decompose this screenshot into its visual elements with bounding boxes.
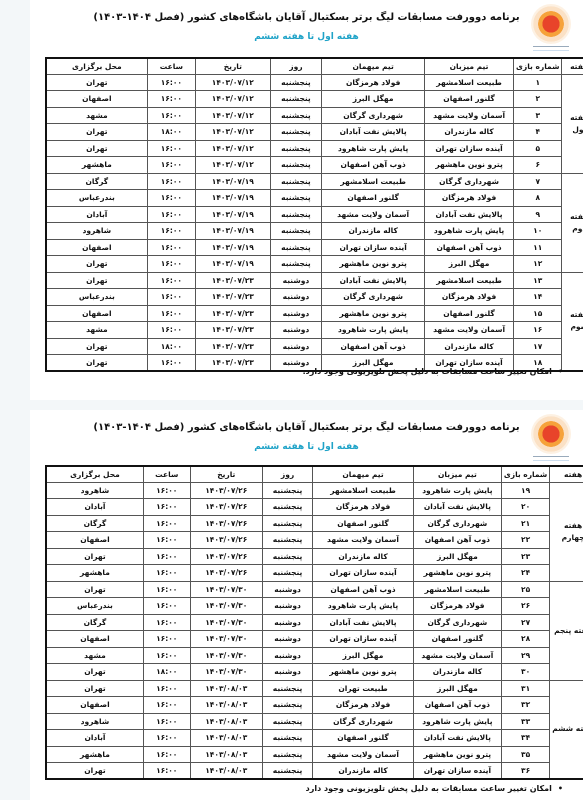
match-number: ۱۹	[501, 482, 549, 499]
table-row: ۲۹آسمان ولایت مشهدمهگل البرزدوشنبه۱۴۰۳/۰…	[46, 647, 583, 664]
match-venue: تهران	[46, 581, 143, 598]
host-team: طبیعت اسلامشهر	[425, 74, 514, 91]
guest-team: پایش پارت شاهرود	[313, 598, 414, 615]
match-day: پنجشنبه	[270, 124, 322, 141]
header-date: تاریخ	[196, 58, 271, 74]
match-time: ۱۶:۰۰	[143, 548, 190, 565]
match-number: ۲۸	[501, 631, 549, 648]
host-team: طبیعت اسلامشهر	[425, 272, 514, 289]
match-venue: گرگان	[46, 515, 143, 532]
table-row: ۲گلنور اصفهانمهگل البرزپنجشنبه۱۴۰۳/۰۷/۱۲…	[46, 91, 583, 108]
match-number: ۱۰	[514, 223, 562, 240]
table-row: ۳۵پترو نوین ماهشهرآسمان ولایت مشهدپنجشنب…	[46, 746, 583, 763]
table-row: ۳۶آینده سازان تهرانکاله مازندرانپنجشنبه۱…	[46, 763, 583, 780]
match-time: ۱۶:۰۰	[143, 647, 190, 664]
host-team: کاله مازندران	[413, 664, 501, 681]
match-day: پنجشنبه	[263, 697, 313, 714]
host-team: پایش پارت شاهرود	[425, 223, 514, 240]
match-number: ۵	[514, 140, 562, 157]
guest-team: شهرداری گرگان	[322, 289, 425, 306]
match-date: ۱۴۰۳/۰۷/۱۲	[196, 74, 271, 91]
guest-team: پترو نوین ماهشهر	[313, 664, 414, 681]
table-row: ۹پالایش نفت آبادانآسمان ولایت مشهدپنجشنب…	[46, 206, 583, 223]
logo-caption	[533, 456, 569, 461]
match-time: ۱۸:۰۰	[143, 664, 190, 681]
match-date: ۱۴۰۳/۰۷/۱۲	[196, 157, 271, 174]
match-time: ۱۶:۰۰	[147, 173, 195, 190]
match-venue: بندرعباس	[46, 289, 147, 306]
header-match-no: شماره بازی	[514, 58, 562, 74]
match-venue: اصفهان	[46, 239, 147, 256]
host-team: مهگل البرز	[413, 680, 501, 697]
guest-team: کاله مازندران	[313, 763, 414, 780]
match-day: دوشنبه	[263, 598, 313, 615]
match-date: ۱۴۰۳/۰۷/۱۲	[196, 107, 271, 124]
host-team: مهگل البرز	[425, 256, 514, 273]
week-label-line-2: دوم	[572, 224, 583, 233]
match-day: دوشنبه	[263, 664, 313, 681]
host-team: گلنور اصفهان	[425, 91, 514, 108]
host-team: پترو نوین ماهشهر	[425, 157, 514, 174]
table-row: ۳آسمان ولایت مشهدشهرداری گرگانپنجشنبه۱۴۰…	[46, 107, 583, 124]
match-number: ۱	[514, 74, 562, 91]
match-day: دوشنبه	[270, 338, 322, 355]
match-day: دوشنبه	[270, 272, 322, 289]
match-time: ۱۶:۰۰	[143, 746, 190, 763]
match-day: پنجشنبه	[263, 515, 313, 532]
header-guest: تیم میهمان	[322, 58, 425, 74]
match-day: دوشنبه	[270, 322, 322, 339]
host-team: کاله مازندران	[425, 338, 514, 355]
match-venue: اصفهان	[46, 91, 147, 108]
header-week: هفته	[550, 466, 583, 482]
match-day: پنجشنبه	[263, 482, 313, 499]
match-date: ۱۴۰۳/۰۸/۰۳	[190, 713, 262, 730]
match-time: ۱۶:۰۰	[147, 190, 195, 207]
match-venue: تهران	[46, 338, 147, 355]
match-day: پنجشنبه	[270, 256, 322, 273]
guest-team: کاله مازندران	[313, 548, 414, 565]
table-row: ۲۰پالایش نفت آبادانفولاد هرمزگانپنجشنبه۱…	[46, 499, 583, 516]
guest-team: ذوب آهن اصفهان	[313, 581, 414, 598]
match-time: ۱۶:۰۰	[147, 157, 195, 174]
match-venue: شاهرود	[46, 223, 147, 240]
table-row: ۱۴فولاد هرمزگانشهرداری گرگاندوشنبه۱۴۰۳/۰…	[46, 289, 583, 306]
match-number: ۲۰	[501, 499, 549, 516]
match-time: ۱۶:۰۰	[147, 289, 195, 306]
match-time: ۱۶:۰۰	[143, 581, 190, 598]
host-team: شهرداری گرگان	[413, 614, 501, 631]
guest-team: طبیعت اسلامشهر	[322, 173, 425, 190]
match-time: ۱۶:۰۰	[143, 631, 190, 648]
guest-team: آسمان ولایت مشهد	[313, 746, 414, 763]
week-label-line-1: هفته	[570, 113, 583, 122]
match-number: ۳۲	[501, 697, 549, 714]
match-time: ۱۶:۰۰	[143, 697, 190, 714]
table-row: هفته ششم۳۱مهگل البرزطبیعت تهرانپنجشنبه۱۴…	[46, 680, 583, 697]
match-venue: گرگان	[46, 614, 143, 631]
match-date: ۱۴۰۳/۰۷/۲۶	[190, 532, 262, 549]
table-row: ۲۱شهرداری گرگانگلنور اصفهانپنجشنبه۱۴۰۳/۰…	[46, 515, 583, 532]
week-label-line-1: هفته	[564, 521, 582, 530]
match-date: ۱۴۰۳/۰۷/۳۰	[190, 631, 262, 648]
guest-team: آسمان ولایت مشهد	[322, 206, 425, 223]
page-subtitle: هفته اول تا هفته ششم	[90, 442, 523, 452]
week-label: هفتهسوم	[562, 272, 583, 371]
table-row: ۳۰کاله مازندرانپترو نوین ماهشهردوشنبه۱۴۰…	[46, 664, 583, 681]
match-venue: شاهرود	[46, 713, 143, 730]
header-time: ساعت	[143, 466, 190, 482]
match-venue: تهران	[46, 763, 143, 780]
tv-broadcast-note: •امکان تغییر ساعت مسابقات به دلیل پخش تل…	[303, 367, 563, 376]
match-day: پنجشنبه	[263, 565, 313, 582]
host-team: آینده سازان تهران	[425, 140, 514, 157]
match-date: ۱۴۰۳/۰۷/۲۶	[190, 482, 262, 499]
table-row: ۱۲مهگل البرزپترو نوین ماهشهرپنجشنبه۱۴۰۳/…	[46, 256, 583, 273]
table-row: ۱۶آسمان ولایت مشهدپایش پارت شاهروددوشنبه…	[46, 322, 583, 339]
guest-team: آسمان ولایت مشهد	[313, 532, 414, 549]
guest-team: فولاد هرمزگان	[322, 74, 425, 91]
bullet-icon: •	[558, 367, 563, 376]
match-number: ۱۲	[514, 256, 562, 273]
table-row: ۳۳پایش پارت شاهرودشهرداری گرگانپنجشنبه۱۴…	[46, 713, 583, 730]
match-day: پنجشنبه	[263, 680, 313, 697]
match-number: ۳۱	[501, 680, 549, 697]
table-row: ۲۶فولاد هرمزگانپایش پارت شاهروددوشنبه۱۴۰…	[46, 598, 583, 615]
table-row: ۴کاله مازندرانپالایش نفت آبادانپنجشنبه۱۴…	[46, 124, 583, 141]
match-venue: ماهشهر	[46, 157, 147, 174]
match-date: ۱۴۰۳/۰۷/۲۶	[190, 515, 262, 532]
logo-caption	[533, 46, 569, 51]
match-date: ۱۴۰۳/۰۸/۰۳	[190, 763, 262, 780]
match-day: پنجشنبه	[263, 713, 313, 730]
guest-team: پایش پارت شاهرود	[322, 140, 425, 157]
match-day: دوشنبه	[263, 581, 313, 598]
host-team: پایش پارت شاهرود	[413, 713, 501, 730]
match-time: ۱۶:۰۰	[143, 482, 190, 499]
host-team: طبیعت اسلامشهر	[413, 581, 501, 598]
header-day: روز	[263, 466, 313, 482]
host-team: پایش پارت شاهرود	[413, 482, 501, 499]
header-time: ساعت	[147, 58, 195, 74]
match-date: ۱۴۰۳/۰۷/۱۲	[196, 124, 271, 141]
guest-team: پترو نوین ماهشهر	[322, 305, 425, 322]
match-number: ۶	[514, 157, 562, 174]
week-label: هفتهاول	[562, 74, 583, 173]
tv-broadcast-note: •امکان تغییر ساعت مسابقات به دلیل پخش تل…	[306, 784, 563, 793]
match-venue: تهران	[46, 272, 147, 289]
match-venue: آبادان	[46, 499, 143, 516]
match-date: ۱۴۰۳/۰۷/۱۹	[196, 223, 271, 240]
match-date: ۱۴۰۳/۰۷/۲۶	[190, 565, 262, 582]
table-row: ۱۰پایش پارت شاهرودکاله مازندرانپنجشنبه۱۴…	[46, 223, 583, 240]
match-venue: تهران	[46, 680, 143, 697]
match-date: ۱۴۰۳/۰۷/۲۳	[196, 355, 271, 372]
guest-team: مهگل البرز	[322, 91, 425, 108]
match-venue: بندرعباس	[46, 598, 143, 615]
match-date: ۱۴۰۳/۰۷/۱۹	[196, 206, 271, 223]
match-number: ۲۷	[501, 614, 549, 631]
match-date: ۱۴۰۳/۰۷/۲۳	[196, 338, 271, 355]
table-row: ۲۳مهگل البرزکاله مازندرانپنجشنبه۱۴۰۳/۰۷/…	[46, 548, 583, 565]
match-day: پنجشنبه	[270, 223, 322, 240]
match-day: پنجشنبه	[270, 190, 322, 207]
match-date: ۱۴۰۳/۰۷/۲۶	[190, 548, 262, 565]
host-team: آسمان ولایت مشهد	[425, 107, 514, 124]
match-number: ۲۳	[501, 548, 549, 565]
match-venue: تهران	[46, 124, 147, 141]
match-time: ۱۶:۰۰	[143, 499, 190, 516]
page-title: برنامه دوورفت مسابقات لیگ برتر بسکتبال آ…	[90, 422, 523, 433]
match-venue: تهران	[46, 256, 147, 273]
match-time: ۱۶:۰۰	[147, 256, 195, 273]
week-label: هفته ششم	[550, 680, 583, 779]
match-day: پنجشنبه	[270, 206, 322, 223]
host-team: گلنور اصفهان	[425, 305, 514, 322]
match-number: ۱۴	[514, 289, 562, 306]
match-number: ۲۴	[501, 565, 549, 582]
match-time: ۱۶:۰۰	[143, 713, 190, 730]
note-text: امکان تغییر ساعت مسابقات به دلیل پخش تلو…	[306, 784, 552, 793]
match-number: ۲۹	[501, 647, 549, 664]
guest-team: شهرداری گرگان	[322, 107, 425, 124]
match-day: دوشنبه	[270, 289, 322, 306]
match-venue: تهران	[46, 664, 143, 681]
match-date: ۱۴۰۳/۰۷/۲۳	[196, 322, 271, 339]
host-team: ذوب آهن اصفهان	[425, 239, 514, 256]
host-team: کاله مازندران	[425, 124, 514, 141]
match-number: ۳۵	[501, 746, 549, 763]
guest-team: گلنور اصفهان	[322, 190, 425, 207]
match-date: ۱۴۰۳/۰۷/۲۶	[190, 499, 262, 516]
match-day: پنجشنبه	[270, 107, 322, 124]
week-label-line-1: هفته پنجم	[554, 626, 583, 635]
match-number: ۱۵	[514, 305, 562, 322]
match-day: دوشنبه	[263, 647, 313, 664]
header-host: تیم میزبان	[425, 58, 514, 74]
table-row: ۶پترو نوین ماهشهرذوب آهن اصفهانپنجشنبه۱۴…	[46, 157, 583, 174]
match-date: ۱۴۰۳/۰۷/۲۳	[196, 305, 271, 322]
guest-team: آینده سازان تهران	[322, 239, 425, 256]
guest-team: ذوب آهن اصفهان	[322, 338, 425, 355]
match-number: ۲۶	[501, 598, 549, 615]
match-day: پنجشنبه	[270, 173, 322, 190]
table-row: ۸فولاد هرمزگانگلنور اصفهانپنجشنبه۱۴۰۳/۰۷…	[46, 190, 583, 207]
week-label-line-1: هفته ششم	[552, 724, 583, 733]
host-team: گلنور اصفهان	[413, 631, 501, 648]
match-day: پنجشنبه	[270, 91, 322, 108]
schedule-table: هفته شماره بازی تیم میزبان تیم میهمان رو…	[45, 57, 583, 372]
match-day: پنجشنبه	[270, 239, 322, 256]
week-label-line-1: هفته	[570, 212, 583, 221]
schedule-page-1: برنامه دوورفت مسابقات لیگ برتر بسکتبال آ…	[30, 0, 583, 400]
match-day: پنجشنبه	[263, 532, 313, 549]
match-day: دوشنبه	[263, 614, 313, 631]
match-number: ۲۲	[501, 532, 549, 549]
week-label-line-2: اول	[572, 125, 583, 134]
header-match-no: شماره بازی	[501, 466, 549, 482]
table-row: ۳۲ذوب آهن اصفهانفولاد هرمزگانپنجشنبه۱۴۰۳…	[46, 697, 583, 714]
host-team: پترو نوین ماهشهر	[413, 746, 501, 763]
match-time: ۱۶:۰۰	[147, 272, 195, 289]
header-day: روز	[270, 58, 322, 74]
match-time: ۱۶:۰۰	[143, 614, 190, 631]
guest-team: پالایش نفت آبادان	[322, 272, 425, 289]
host-team: پالایش نفت آبادان	[413, 499, 501, 516]
match-number: ۸	[514, 190, 562, 207]
match-venue: اصفهان	[46, 631, 143, 648]
match-venue: مشهد	[46, 322, 147, 339]
host-team: پالایش نفت آبادان	[425, 206, 514, 223]
match-number: ۲	[514, 91, 562, 108]
match-venue: مشهد	[46, 647, 143, 664]
table-header-row: هفته شماره بازی تیم میزبان تیم میهمان رو…	[46, 466, 583, 482]
table-row: ۲۷شهرداری گرگانپالایش نفت آباداندوشنبه۱۴…	[46, 614, 583, 631]
match-time: ۱۶:۰۰	[143, 730, 190, 747]
schedule-table: هفته شماره بازی تیم میزبان تیم میهمان رو…	[45, 465, 583, 780]
match-number: ۳۳	[501, 713, 549, 730]
header-guest: تیم میهمان	[313, 466, 414, 482]
table-row: ۱۷کاله مازندرانذوب آهن اصفهاندوشنبه۱۴۰۳/…	[46, 338, 583, 355]
guest-team: پترو نوین ماهشهر	[322, 256, 425, 273]
match-day: پنجشنبه	[263, 499, 313, 516]
host-team: شهرداری گرگان	[425, 173, 514, 190]
match-time: ۱۸:۰۰	[147, 338, 195, 355]
match-venue: ماهشهر	[46, 746, 143, 763]
match-date: ۱۴۰۳/۰۸/۰۳	[190, 730, 262, 747]
host-team: آسمان ولایت مشهد	[425, 322, 514, 339]
match-time: ۱۶:۰۰	[143, 763, 190, 780]
table-row: ۵آینده سازان تهرانپایش پارت شاهرودپنجشنب…	[46, 140, 583, 157]
host-team: شهرداری گرگان	[413, 515, 501, 532]
page-subtitle: هفته اول تا هفته ششم	[90, 32, 523, 42]
match-time: ۱۶:۰۰	[147, 305, 195, 322]
match-venue: اصفهان	[46, 305, 147, 322]
match-time: ۱۶:۰۰	[143, 532, 190, 549]
table-row: هفتهسوم۱۳طبیعت اسلامشهرپالایش نفت آبادان…	[46, 272, 583, 289]
header-venue: محل برگزاری	[46, 58, 147, 74]
table-row: هفته پنجم۲۵طبیعت اسلامشهرذوب آهن اصفهاند…	[46, 581, 583, 598]
guest-team: کاله مازندران	[322, 223, 425, 240]
guest-team: شهرداری گرگان	[313, 713, 414, 730]
match-number: ۲۵	[501, 581, 549, 598]
page-title: برنامه دوورفت مسابقات لیگ برتر بسکتبال آ…	[90, 12, 523, 23]
match-number: ۴	[514, 124, 562, 141]
match-number: ۷	[514, 173, 562, 190]
match-date: ۱۴۰۳/۰۷/۳۰	[190, 664, 262, 681]
logo-emblem-icon	[531, 4, 571, 44]
guest-team: آینده سازان تهران	[313, 631, 414, 648]
match-time: ۱۸:۰۰	[147, 124, 195, 141]
host-team: ذوب آهن اصفهان	[413, 697, 501, 714]
guest-team: مهگل البرز	[313, 647, 414, 664]
match-time: ۱۶:۰۰	[143, 680, 190, 697]
guest-team: پالایش نفت آبادان	[313, 614, 414, 631]
host-team: ذوب آهن اصفهان	[413, 532, 501, 549]
match-venue: تهران	[46, 355, 147, 372]
match-date: ۱۴۰۳/۰۷/۲۳	[196, 289, 271, 306]
match-venue: ماهشهر	[46, 565, 143, 582]
header-host: تیم میزبان	[413, 466, 501, 482]
match-date: ۱۴۰۳/۰۷/۱۹	[196, 190, 271, 207]
match-time: ۱۶:۰۰	[147, 107, 195, 124]
match-day: پنجشنبه	[270, 157, 322, 174]
host-team: پالایش نفت آبادان	[413, 730, 501, 747]
match-date: ۱۴۰۳/۰۸/۰۳	[190, 746, 262, 763]
guest-team: فولاد هرمزگان	[313, 697, 414, 714]
match-venue: آبادان	[46, 206, 147, 223]
match-date: ۱۴۰۳/۰۷/۱۹	[196, 239, 271, 256]
guest-team: گلنور اصفهان	[313, 515, 414, 532]
match-venue: آبادان	[46, 730, 143, 747]
guest-team: آینده سازان تهران	[313, 565, 414, 582]
guest-team: پایش پارت شاهرود	[322, 322, 425, 339]
match-date: ۱۴۰۳/۰۷/۳۰	[190, 581, 262, 598]
guest-team: فولاد هرمزگان	[313, 499, 414, 516]
match-venue: مشهد	[46, 107, 147, 124]
match-venue: تهران	[46, 548, 143, 565]
match-venue: بندرعباس	[46, 190, 147, 207]
match-date: ۱۴۰۳/۰۸/۰۳	[190, 697, 262, 714]
match-number: ۲۱	[501, 515, 549, 532]
match-number: ۱۳	[514, 272, 562, 289]
week-label: هفتهچهارم	[550, 482, 583, 581]
week-label-line-2: چهارم	[562, 533, 583, 542]
header-week: هفته	[562, 58, 583, 74]
host-team: فولاد هرمزگان	[425, 190, 514, 207]
match-time: ۱۶:۰۰	[147, 91, 195, 108]
match-date: ۱۴۰۳/۰۷/۱۹	[196, 173, 271, 190]
match-day: پنجشنبه	[263, 730, 313, 747]
match-time: ۱۶:۰۰	[143, 598, 190, 615]
table-row: ۲۴پترو نوین ماهشهرآینده سازان تهرانپنجشن…	[46, 565, 583, 582]
match-day: پنجشنبه	[270, 140, 322, 157]
match-day: پنجشنبه	[263, 763, 313, 780]
host-team: مهگل البرز	[413, 548, 501, 565]
match-time: ۱۶:۰۰	[147, 239, 195, 256]
match-time: ۱۶:۰۰	[147, 140, 195, 157]
match-time: ۱۶:۰۰	[143, 515, 190, 532]
match-number: ۳	[514, 107, 562, 124]
match-venue: تهران	[46, 74, 147, 91]
match-date: ۱۴۰۳/۰۸/۰۳	[190, 680, 262, 697]
schedule-page-2: برنامه دوورفت مسابقات لیگ برتر بسکتبال آ…	[30, 410, 583, 800]
match-date: ۱۴۰۳/۰۷/۱۲	[196, 140, 271, 157]
match-venue: اصفهان	[46, 532, 143, 549]
week-label-line-2: سوم	[570, 322, 583, 331]
match-day: پنجشنبه	[270, 74, 322, 91]
host-team: آینده سازان تهران	[413, 763, 501, 780]
match-date: ۱۴۰۳/۰۷/۳۰	[190, 598, 262, 615]
match-number: ۳۴	[501, 730, 549, 747]
week-label: هفتهدوم	[562, 173, 583, 272]
match-venue: گرگان	[46, 173, 147, 190]
match-date: ۱۴۰۳/۰۷/۱۲	[196, 91, 271, 108]
match-time: ۱۶:۰۰	[147, 322, 195, 339]
match-date: ۱۴۰۳/۰۷/۳۰	[190, 614, 262, 631]
header-date: تاریخ	[190, 466, 262, 482]
table-row: هفتهاول۱طبیعت اسلامشهرفولاد هرمزگانپنجشن…	[46, 74, 583, 91]
match-number: ۹	[514, 206, 562, 223]
match-venue: تهران	[46, 140, 147, 157]
host-team: پترو نوین ماهشهر	[413, 565, 501, 582]
match-date: ۱۴۰۳/۰۷/۲۳	[196, 272, 271, 289]
guest-team: ذوب آهن اصفهان	[322, 157, 425, 174]
table-row: هفتهچهارم۱۹پایش پارت شاهرودطبیعت اسلامشه…	[46, 482, 583, 499]
table-row: ۳۴پالایش نفت آبادانگلنور اصفهانپنجشنبه۱۴…	[46, 730, 583, 747]
header-venue: محل برگزاری	[46, 466, 143, 482]
match-day: دوشنبه	[270, 305, 322, 322]
